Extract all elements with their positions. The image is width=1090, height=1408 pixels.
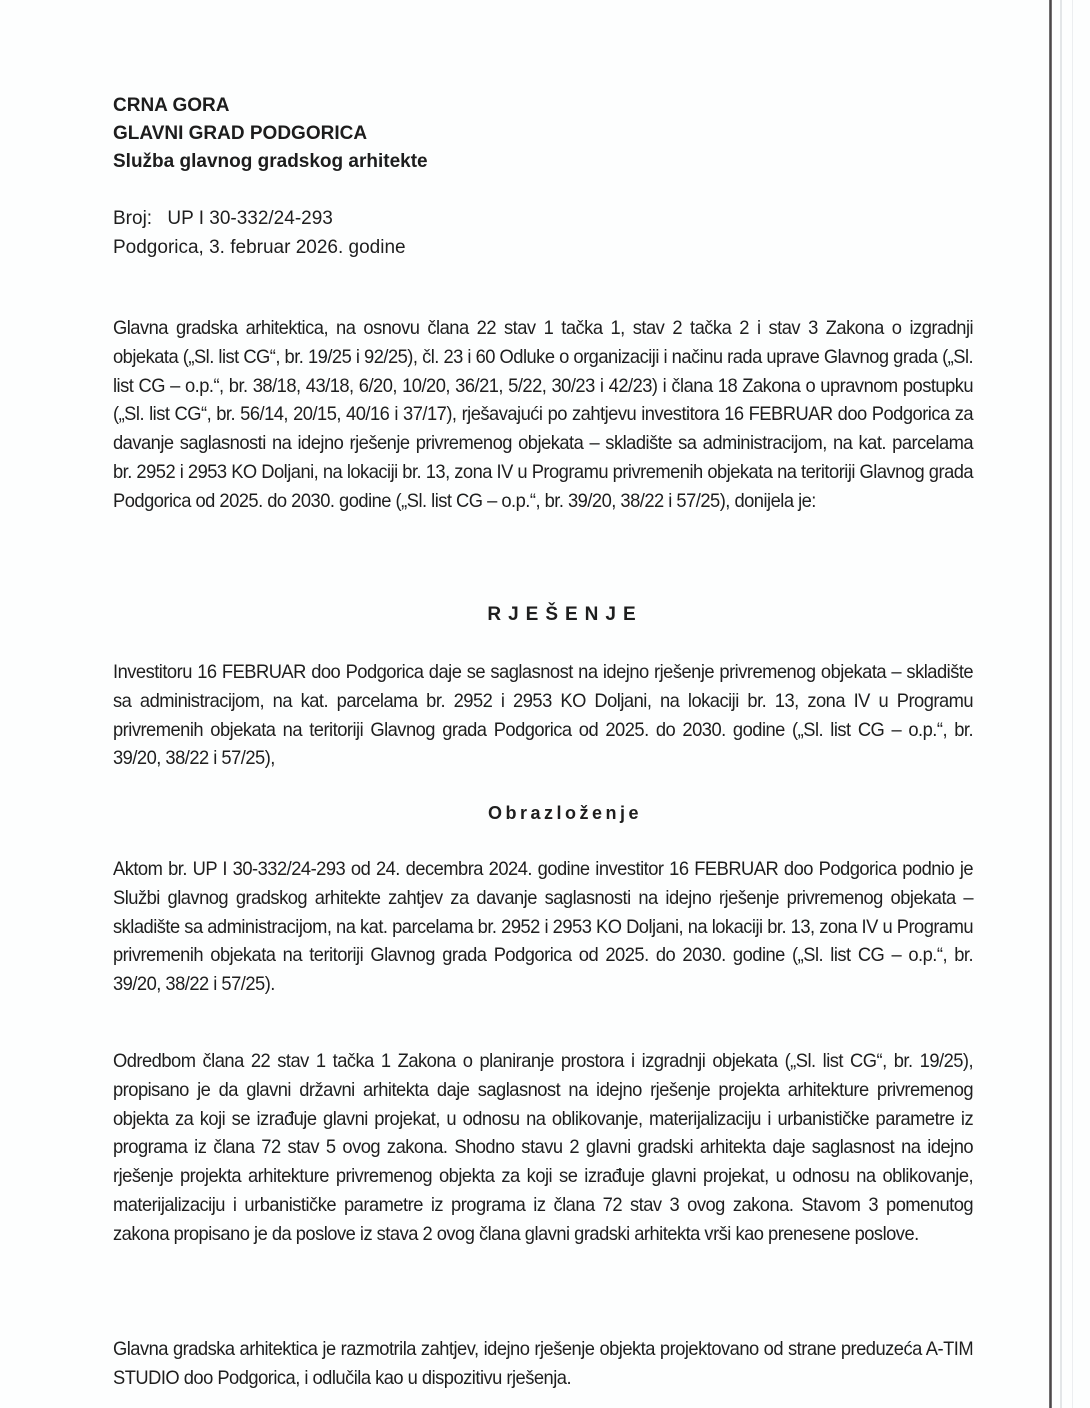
scanned-page-edge xyxy=(1049,0,1052,1408)
decision-paragraph: Investitoru 16 FEBRUAR doo Podgorica daj… xyxy=(113,658,973,773)
reasoning-heading: Obrazloženje xyxy=(0,803,1090,824)
document-header: CRNA GORA GLAVNI GRAD PODGORICA Služba g… xyxy=(113,92,428,176)
reasoning-paragraph: Aktom br. UP I 30-332/24-293 od 24. dece… xyxy=(113,855,973,999)
scanned-page-edge-line xyxy=(1072,0,1073,1408)
reasoning-paragraph: Glavna gradska arhitektica je razmotrila… xyxy=(113,1335,973,1393)
document-place-date: Podgorica, 3. februar 2026. godine xyxy=(113,233,406,262)
document-number: Broj: UP I 30-332/24-293 xyxy=(113,204,406,233)
document-number-value: UP I 30-332/24-293 xyxy=(167,208,333,229)
header-country: CRNA GORA xyxy=(113,92,428,120)
document-number-label: Broj: xyxy=(113,208,152,229)
document-meta: Broj: UP I 30-332/24-293 Podgorica, 3. f… xyxy=(113,204,406,262)
scanned-page-edge-shadow xyxy=(1060,0,1062,1408)
header-city: GLAVNI GRAD PODGORICA xyxy=(113,120,428,148)
decision-heading: RJEŠENJE xyxy=(0,604,1090,626)
intro-paragraph: Glavna gradska arhitektica, na osnovu čl… xyxy=(113,314,973,516)
reasoning-paragraph: Odredbom člana 22 stav 1 tačka 1 Zakona … xyxy=(113,1047,973,1249)
header-office: Služba glavnog gradskog arhitekte xyxy=(113,148,428,176)
